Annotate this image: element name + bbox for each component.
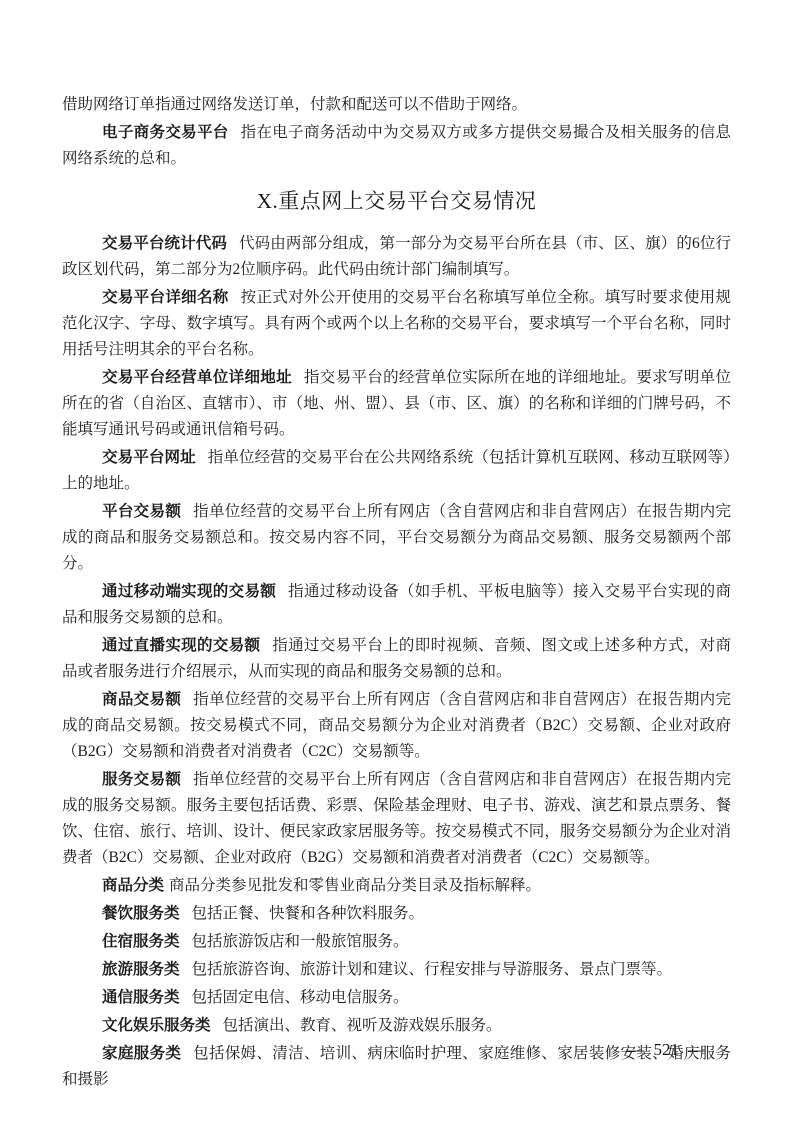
document-page: 借助网络订单指通过网络发送订单，付款和配送可以不借助于网络。 电子商务交易平台指… [0,0,793,1122]
section-heading: X.重点网上交易平台交易情况 [62,186,731,216]
page-number: 521 [654,1038,680,1062]
definition-term: 平台交易额 [102,503,181,520]
definition-term: 商品分类 [102,877,164,894]
definition-paragraph: 餐饮服务类包括正餐、快餐和各种饮料服务。 [62,901,731,927]
definition-paragraph: 商品分类商品分类参见批发和零售业商品分类目录及指标解释。 [62,873,731,899]
definition-paragraph: 交易平台网址指单位经营的交易平台在公共网络系统（包括计算机互联网、移动互联网等）… [62,445,731,497]
definition-paragraph: 平台交易额指单位经营的交易平台上所有网店（含自营网店和非自营网店）在报告期内完成… [62,499,731,577]
page-footer: — 521 — [628,1038,706,1062]
footer-dash-right: — [688,1038,705,1062]
definition-paragraph: 通过直播实现的交易额指通过交易平台上的即时视频、音频、图文或上述多种方式，对商品… [62,633,731,685]
definition-term: 商品交易额 [102,691,181,708]
definition-term: 通过直播实现的交易额 [102,637,260,654]
definition-paragraph: 交易平台统计代码代码由两部分组成，第一部分为交易平台所在县（市、区、旗）的6位行… [62,231,731,283]
definition-term: 旅游服务类 [102,961,180,978]
continuation-paragraph: 借助网络订单指通过网络发送订单，付款和配送可以不借助于网络。 [62,92,731,118]
definition-text: 包括固定电信、移动电信服务。 [192,989,409,1006]
paragraph-text: 借助网络订单指通过网络发送订单，付款和配送可以不借助于网络。 [62,96,527,113]
footer-dash-left: — [628,1038,645,1062]
definition-term: 服务交易额 [102,771,181,788]
definition-text: 包括旅游饭店和一般旅馆服务。 [192,933,409,950]
definition-term: 交易平台详细名称 [102,289,229,306]
definition-term: 家庭服务类 [102,1045,181,1062]
definition-term: 电子商务交易平台 [102,124,229,141]
definition-text: 包括演出、教育、视听及游戏娱乐服务。 [223,1017,502,1034]
definition-term: 餐饮服务类 [102,905,180,922]
definition-text: 包括正餐、快餐和各种饮料服务。 [192,905,425,922]
definition-term: 文化娱乐服务类 [102,1017,211,1034]
definition-text: 商品分类参见批发和零售业商品分类目录及指标解释。 [169,877,541,894]
definition-paragraph: 服务交易额指单位经营的交易平台上所有网店（含自营网店和非自营网店）在报告期内完成… [62,767,731,871]
definition-paragraph: 交易平台详细名称按正式对外公开使用的交易平台名称填写单位全称。填写时要求使用规范… [62,285,731,363]
definition-paragraph: 住宿服务类包括旅游饭店和一般旅馆服务。 [62,929,731,955]
definition-paragraph: 交易平台经营单位详细地址指交易平台的经营单位实际所在地的详细地址。要求写明单位所… [62,365,731,443]
definition-paragraph: 电子商务交易平台指在电子商务活动中为交易双方或多方提供交易撮合及相关服务的信息网… [62,120,731,172]
definition-term: 交易平台经营单位详细地址 [102,369,292,386]
definition-paragraph: 通过移动端实现的交易额指通过移动设备（如手机、平板电脑等）接入交易平台实现的商品… [62,579,731,631]
definition-term: 交易平台统计代码 [102,235,227,252]
definition-text: 包括旅游咨询、旅游计划和建议、行程安排与导游服务、景点门票等。 [192,961,673,978]
definition-term: 住宿服务类 [102,933,180,950]
definition-term: 通过移动端实现的交易额 [102,583,276,600]
definition-paragraph: 文化娱乐服务类包括演出、教育、视听及游戏娱乐服务。 [62,1013,731,1039]
definition-paragraph: 商品交易额指单位经营的交易平台上所有网店（含自营网店和非自营网店）在报告期内完成… [62,687,731,765]
definition-term: 通信服务类 [102,989,180,1006]
definition-term: 交易平台网址 [102,449,196,466]
definition-paragraph: 通信服务类包括固定电信、移动电信服务。 [62,985,731,1011]
definition-paragraph: 旅游服务类包括旅游咨询、旅游计划和建议、行程安排与导游服务、景点门票等。 [62,957,731,983]
